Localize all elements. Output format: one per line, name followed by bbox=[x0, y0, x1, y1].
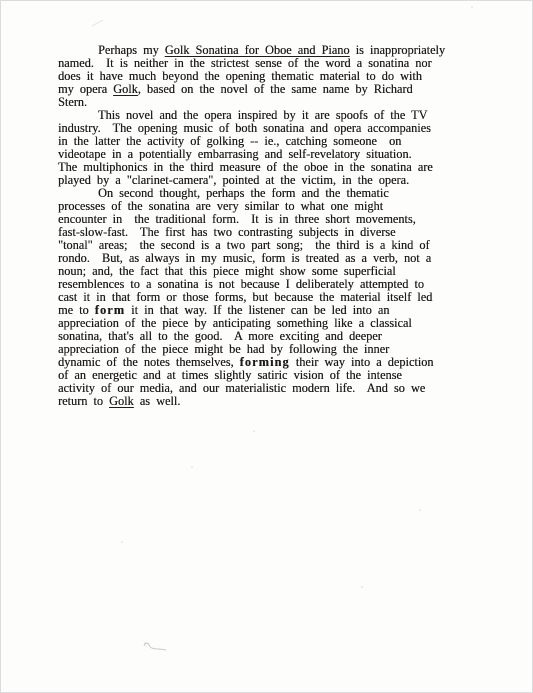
text-segment: sonatina, that's all to the good. A more… bbox=[58, 329, 382, 343]
text-segment: On second thought, perhaps the form and … bbox=[98, 186, 389, 200]
underlined-text: Golk Sonatina for Oboe and Piano bbox=[165, 43, 350, 57]
text-segment: processes of the sonatina are very simil… bbox=[58, 199, 383, 213]
text-segment: videotape in a potentially embarrasing a… bbox=[58, 147, 412, 161]
document-page: Perhaps my Golk Sonatina for Oboe and Pi… bbox=[0, 0, 533, 693]
text-segment: does it have much beyond the opening the… bbox=[58, 69, 422, 83]
text-segment: in the latter the activity of golking --… bbox=[58, 134, 401, 148]
text-segment: dynamic of the notes themselves, bbox=[58, 355, 240, 369]
underlined-text: Golk bbox=[113, 82, 138, 96]
paper-speck bbox=[361, 586, 363, 588]
paragraph: On second thought, perhaps the form and … bbox=[58, 187, 520, 408]
text-line: return to Golk as well. bbox=[58, 395, 520, 408]
text-segment: Perhaps my bbox=[98, 43, 165, 57]
text-segment: resemblences to a sonatina is not becaus… bbox=[58, 277, 424, 291]
text-segment: cast it in that form or those forms, but… bbox=[58, 290, 432, 304]
text-line: my opera Golk, based on the novel of the… bbox=[58, 83, 520, 96]
text-segment: return to bbox=[58, 394, 109, 408]
text-segment: me to bbox=[58, 303, 95, 317]
text-segment: This novel and the opera inspired by it … bbox=[98, 108, 427, 122]
paper-speck bbox=[471, 6, 473, 8]
text-segment: named. It is neither in the strictest se… bbox=[58, 56, 432, 70]
text-segment: as well. bbox=[134, 394, 181, 408]
text-segment: rondo. But, as always in my music, form … bbox=[58, 251, 431, 265]
text-segment: , based on the novel of the same name by… bbox=[138, 82, 413, 96]
text-segment: fast-slow-fast. The first has two contra… bbox=[58, 225, 396, 239]
text-segment: played by a "clarinet-camera", pointed a… bbox=[58, 173, 409, 187]
paper-speck bbox=[253, 430, 255, 432]
underlined-text: Golk bbox=[109, 394, 134, 408]
paper-speck bbox=[121, 541, 123, 543]
pencil-smudge-bottom bbox=[142, 640, 168, 654]
text-segment: encounter in the traditional form. It is… bbox=[58, 212, 416, 226]
text-segment: noun; and, the fact that this piece migh… bbox=[58, 264, 396, 278]
emphasized-text: forming bbox=[240, 355, 290, 369]
text-block: Perhaps my Golk Sonatina for Oboe and Pi… bbox=[58, 44, 520, 408]
text-segment: it in that way. If the listener can be l… bbox=[125, 303, 389, 317]
paragraph: This novel and the opera inspired by it … bbox=[58, 109, 520, 187]
text-segment: The multiphonics in the third measure of… bbox=[58, 160, 433, 174]
text-segment: "tonal" areas; the second is a two part … bbox=[58, 238, 430, 252]
paper-speck bbox=[191, 466, 193, 468]
text-segment: their way into a depiction bbox=[290, 355, 434, 369]
text-segment: of an energetic and at times slightly sa… bbox=[58, 368, 402, 382]
text-segment: appreciation of the piece might be had b… bbox=[58, 342, 389, 356]
text-segment: Stern. bbox=[58, 95, 87, 109]
text-segment: industry. The opening music of both sona… bbox=[58, 121, 431, 135]
emphasized-text: form bbox=[95, 303, 125, 317]
pencil-smudge-top bbox=[91, 17, 107, 29]
text-segment: activity of our media, and our materiali… bbox=[58, 381, 425, 395]
paragraph: Perhaps my Golk Sonatina for Oboe and Pi… bbox=[58, 44, 520, 109]
text-segment: is inappropriately bbox=[350, 43, 445, 57]
paper-speck bbox=[419, 509, 421, 511]
text-segment: my opera bbox=[58, 82, 113, 96]
text-segment: appreciation of the piece by anticipatin… bbox=[58, 316, 412, 330]
